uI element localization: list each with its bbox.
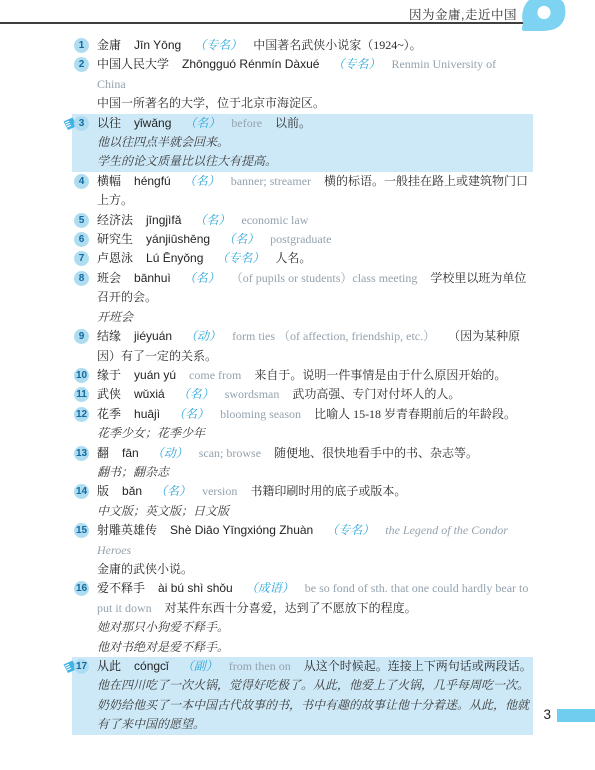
english-gloss: version bbox=[202, 484, 237, 498]
pinyin: bǎn bbox=[122, 484, 142, 498]
entry-number-badge: 10 bbox=[74, 368, 89, 383]
vocab-entry: 5 经济法 jīngjìfǎ （名） economic law bbox=[72, 211, 533, 230]
part-of-speech-tag: （专名） bbox=[332, 57, 380, 71]
entry-number-badge: 16 bbox=[74, 581, 89, 596]
part-of-speech-tag: （名） bbox=[184, 174, 220, 188]
part-of-speech-tag: （专名） bbox=[326, 523, 374, 537]
vocab-entry: 10 缘于 yuán yú come from 来自于。说明一件事情是由于什么原… bbox=[72, 366, 533, 385]
entry-definition-line: 横幅 héngfú （名） banner; streamer 横的标语。一般挂在… bbox=[97, 172, 533, 211]
example-sentence: 他在四川吃了一次火锅，觉得好吃极了。从此，他爱上了火锅，几乎每周吃一次。 bbox=[97, 676, 533, 695]
chinese-definition: 金庸的武侠小说。 bbox=[97, 560, 533, 579]
headword: 爱不释手 bbox=[97, 581, 145, 595]
page-header-title: 因为金庸,走近中国 bbox=[409, 5, 517, 23]
example-sentence: 他对书绝对是爱不释手。 bbox=[97, 638, 533, 657]
english-gloss: swordsman bbox=[225, 387, 280, 401]
english-gloss: before bbox=[231, 116, 262, 130]
vocab-entry: 3 以往 yǐwǎng （名） before 以前。 他以往四点半就会回来。学生… bbox=[72, 114, 533, 172]
headword: 结缘 bbox=[97, 329, 121, 343]
part-of-speech-tag: （名） bbox=[184, 116, 220, 130]
pinyin: ài bú shì shǒu bbox=[158, 581, 233, 595]
entry-number-badge: 17 bbox=[74, 659, 89, 674]
vocab-entry: 2 中国人民大学 Zhōngguó Rénmín Dàxué （专名） Renm… bbox=[72, 55, 533, 113]
headword: 研究生 bbox=[97, 232, 133, 246]
chinese-definition: 武功高强、专门对付坏人的人。 bbox=[292, 387, 460, 401]
headword: 横幅 bbox=[97, 174, 121, 188]
chinese-definition: 人名。 bbox=[275, 251, 311, 265]
entry-number-badge: 11 bbox=[74, 387, 89, 402]
example-sentence: 学生的论文质量比以往大有提高。 bbox=[97, 152, 533, 171]
entry-definition-line: 金庸 Jīn Yōng （专名） 中国著名武侠小说家（1924~）。 bbox=[97, 36, 533, 55]
entry-number-badge: 1 bbox=[74, 38, 89, 53]
entry-number-badge: 12 bbox=[74, 407, 89, 422]
part-of-speech-tag: （名） bbox=[178, 387, 214, 401]
entry-definition-line: 花季 huājì （名） blooming season 比喻人 15-18 岁… bbox=[97, 405, 533, 424]
entry-definition-line: 中国人民大学 Zhōngguó Rénmín Dàxué （专名） Renmin… bbox=[97, 55, 533, 113]
vocab-entry: 11 武侠 wǔxiá （名） swordsman 武功高强、专门对付坏人的人。 bbox=[72, 385, 533, 404]
header-rule bbox=[0, 22, 529, 24]
chinese-definition: 来自于。说明一件事情是由于什么原因开始的。 bbox=[254, 368, 506, 382]
pinyin: yǐwǎng bbox=[134, 116, 171, 130]
chapter-corner-icon bbox=[520, 0, 566, 31]
part-of-speech-tag: （动） bbox=[185, 329, 221, 343]
vocab-entry: 7 卢恩泳 Lú Ēnyǒng （专名） 人名。 bbox=[72, 249, 533, 268]
entry-definition-line: 翻 fān （动） scan; browse 随便地、很快地看手中的书、杂志等。 bbox=[97, 444, 533, 463]
pinyin: Zhōngguó Rénmín Dàxué bbox=[182, 57, 319, 71]
pinyin: Shè Diāo Yīngxióng Zhuàn bbox=[170, 523, 313, 537]
entry-definition-line: 班会 bānhuì （名） （of pupils or students）cla… bbox=[97, 269, 533, 308]
part-of-speech-tag: （副） bbox=[182, 659, 218, 673]
vocab-entry: 6 研究生 yánjiūshēng （名） postgraduate bbox=[72, 230, 533, 249]
pinyin: huājì bbox=[134, 407, 160, 421]
headword: 中国人民大学 bbox=[97, 57, 169, 71]
entry-number-badge: 15 bbox=[74, 523, 89, 538]
entry-number-badge: 4 bbox=[74, 174, 89, 189]
headword: 金庸 bbox=[97, 38, 121, 52]
vocab-entry: 12 花季 huājì （名） blooming season 比喻人 15-1… bbox=[72, 405, 533, 444]
english-gloss: from then on bbox=[229, 659, 291, 673]
entry-number-badge: 2 bbox=[74, 57, 89, 72]
headword: 班会 bbox=[97, 271, 121, 285]
chinese-definition: 书籍印刷时用的底子或版本。 bbox=[250, 484, 406, 498]
entry-definition-line: 武侠 wǔxiá （名） swordsman 武功高强、专门对付坏人的人。 bbox=[97, 385, 533, 404]
part-of-speech-tag: （专名） bbox=[216, 251, 264, 265]
pinyin: fān bbox=[122, 446, 139, 460]
part-of-speech-tag: （名） bbox=[155, 484, 191, 498]
pinyin: jiéyuán bbox=[134, 329, 172, 343]
vocab-entry: 15 射雕英雄传 Shè Diāo Yīngxióng Zhuàn （专名） t… bbox=[72, 521, 533, 579]
vocab-entry: 4 横幅 héngfú （名） banner; streamer 横的标语。一般… bbox=[72, 172, 533, 211]
headword: 花季 bbox=[97, 407, 121, 421]
pinyin: jīngjìfǎ bbox=[146, 213, 181, 227]
entry-definition-line: 结缘 jiéyuán （动） form ties （of affection, … bbox=[97, 327, 533, 366]
example-sentence: 她对那只小狗爱不释手。 bbox=[97, 618, 533, 637]
part-of-speech-tag: （动） bbox=[152, 446, 188, 460]
chinese-definition: 以前。 bbox=[275, 116, 311, 130]
entry-number-badge: 9 bbox=[74, 329, 89, 344]
english-gloss: （of pupils or students）class meeting bbox=[231, 271, 418, 285]
headword: 卢恩泳 bbox=[97, 251, 133, 265]
example-sentence: 翻书；翻杂志 bbox=[97, 463, 533, 482]
entry-definition-line: 爱不释手 ài bú shì shǒu （成语） be so fond of s… bbox=[97, 579, 533, 618]
headword: 缘于 bbox=[97, 368, 121, 382]
entry-definition-line: 研究生 yánjiūshēng （名） postgraduate bbox=[97, 230, 533, 249]
english-gloss: postgraduate bbox=[270, 232, 331, 246]
english-gloss: banner; streamer bbox=[231, 174, 311, 188]
vocabulary-list: 1 金庸 Jīn Yōng （专名） 中国著名武侠小说家（1924~）。 2 中… bbox=[72, 36, 533, 735]
entry-number-badge: 7 bbox=[74, 251, 89, 266]
example-sentence: 开班会 bbox=[97, 308, 533, 327]
entry-number-badge: 14 bbox=[74, 484, 89, 499]
part-of-speech-tag: （名） bbox=[223, 232, 259, 246]
headword: 射雕英雄传 bbox=[97, 523, 157, 537]
headword: 武侠 bbox=[97, 387, 121, 401]
english-gloss: blooming season bbox=[220, 407, 301, 421]
entry-number-badge: 6 bbox=[74, 232, 89, 247]
english-gloss: scan; browse bbox=[199, 446, 261, 460]
vocab-entry: 13 翻 fān （动） scan; browse 随便地、很快地看手中的书、杂… bbox=[72, 444, 533, 483]
vocab-entry: 8 班会 bānhuì （名） （of pupils or students）c… bbox=[72, 269, 533, 327]
pinyin: Jīn Yōng bbox=[134, 38, 181, 52]
headword: 翻 bbox=[97, 446, 109, 460]
example-sentence: 他以往四点半就会回来。 bbox=[97, 133, 533, 152]
vocab-entry: 16 爱不释手 ài bú shì shǒu （成语） be so fond o… bbox=[72, 579, 533, 657]
entry-definition-line: 从此 cóngcǐ （副） from then on 从这个时候起。连接上下两句… bbox=[97, 657, 533, 676]
example-sentence: 奶奶给他买了一本中国古代故事的书，书中有趣的故事让他十分着迷。从此，他就有了来中… bbox=[97, 696, 533, 735]
pinyin: Lú Ēnyǒng bbox=[146, 251, 203, 265]
pinyin: yuán yú bbox=[134, 368, 176, 382]
part-of-speech-tag: （专名） bbox=[194, 38, 242, 52]
english-gloss: come from bbox=[189, 368, 241, 382]
pinyin: wǔxiá bbox=[134, 387, 165, 401]
entry-definition-line: 版 bǎn （名） version 书籍印刷时用的底子或版本。 bbox=[97, 482, 533, 501]
entry-definition-line: 缘于 yuán yú come from 来自于。说明一件事情是由于什么原因开始… bbox=[97, 366, 533, 385]
entry-number-badge: 5 bbox=[74, 213, 89, 228]
entry-number-badge: 8 bbox=[74, 271, 89, 286]
headword: 经济法 bbox=[97, 213, 133, 227]
part-of-speech-tag: （成语） bbox=[246, 581, 294, 595]
part-of-speech-tag: （名） bbox=[194, 213, 230, 227]
headword: 版 bbox=[97, 484, 109, 498]
headword: 从此 bbox=[97, 659, 121, 673]
vocab-entry: 9 结缘 jiéyuán （动） form ties （of affection… bbox=[72, 327, 533, 366]
chinese-definition: 比喻人 15-18 岁青春期前后的年龄段。 bbox=[314, 407, 516, 421]
example-sentence: 花季少女；花季少年 bbox=[97, 424, 533, 443]
pinyin: héngfú bbox=[134, 174, 171, 188]
chinese-definition: 中国一所著名的大学，位于北京市海淀区。 bbox=[97, 94, 533, 113]
chinese-definition: 随便地、很快地看手中的书、杂志等。 bbox=[274, 446, 478, 460]
entry-number-badge: 13 bbox=[74, 446, 89, 461]
part-of-speech-tag: （名） bbox=[184, 271, 220, 285]
vocab-entry: 17 从此 cóngcǐ （副） from then on 从这个时候起。连接上… bbox=[72, 657, 533, 735]
vocab-entry: 1 金庸 Jīn Yōng （专名） 中国著名武侠小说家（1924~）。 bbox=[72, 36, 533, 55]
headword: 以往 bbox=[97, 116, 121, 130]
page-number-bar bbox=[557, 709, 595, 722]
entry-definition-line: 以往 yǐwǎng （名） before 以前。 bbox=[97, 114, 533, 133]
part-of-speech-tag: （名） bbox=[173, 407, 209, 421]
english-gloss: economic law bbox=[241, 213, 308, 227]
pinyin: bānhuì bbox=[134, 271, 171, 285]
chinese-definition: 中国著名武侠小说家（1924~）。 bbox=[253, 38, 422, 52]
entry-definition-line: 射雕英雄传 Shè Diāo Yīngxióng Zhuàn （专名） the … bbox=[97, 521, 533, 579]
page-number: 3 bbox=[543, 707, 551, 722]
example-sentence: 中文版；英文版；日文版 bbox=[97, 502, 533, 521]
chinese-definition: 从这个时候起。连接上下两句话或两段话。 bbox=[304, 659, 532, 673]
textbook-page: 因为金庸,走近中国 1 金庸 Jīn Yōng （专名） 中国著名武侠小说家（1… bbox=[0, 0, 595, 770]
vocab-entry: 14 版 bǎn （名） version 书籍印刷时用的底子或版本。 中文版；英… bbox=[72, 482, 533, 521]
chinese-definition: 对某件东西十分喜爱，达到了不愿放下的程度。 bbox=[165, 601, 417, 615]
english-gloss: form ties （of affection, friendship, etc… bbox=[232, 329, 435, 343]
entry-definition-line: 经济法 jīngjìfǎ （名） economic law bbox=[97, 211, 533, 230]
entry-number-badge: 3 bbox=[74, 116, 89, 131]
entry-definition-line: 卢恩泳 Lú Ēnyǒng （专名） 人名。 bbox=[97, 249, 533, 268]
pinyin: yánjiūshēng bbox=[146, 232, 210, 246]
pinyin: cóngcǐ bbox=[134, 659, 169, 673]
